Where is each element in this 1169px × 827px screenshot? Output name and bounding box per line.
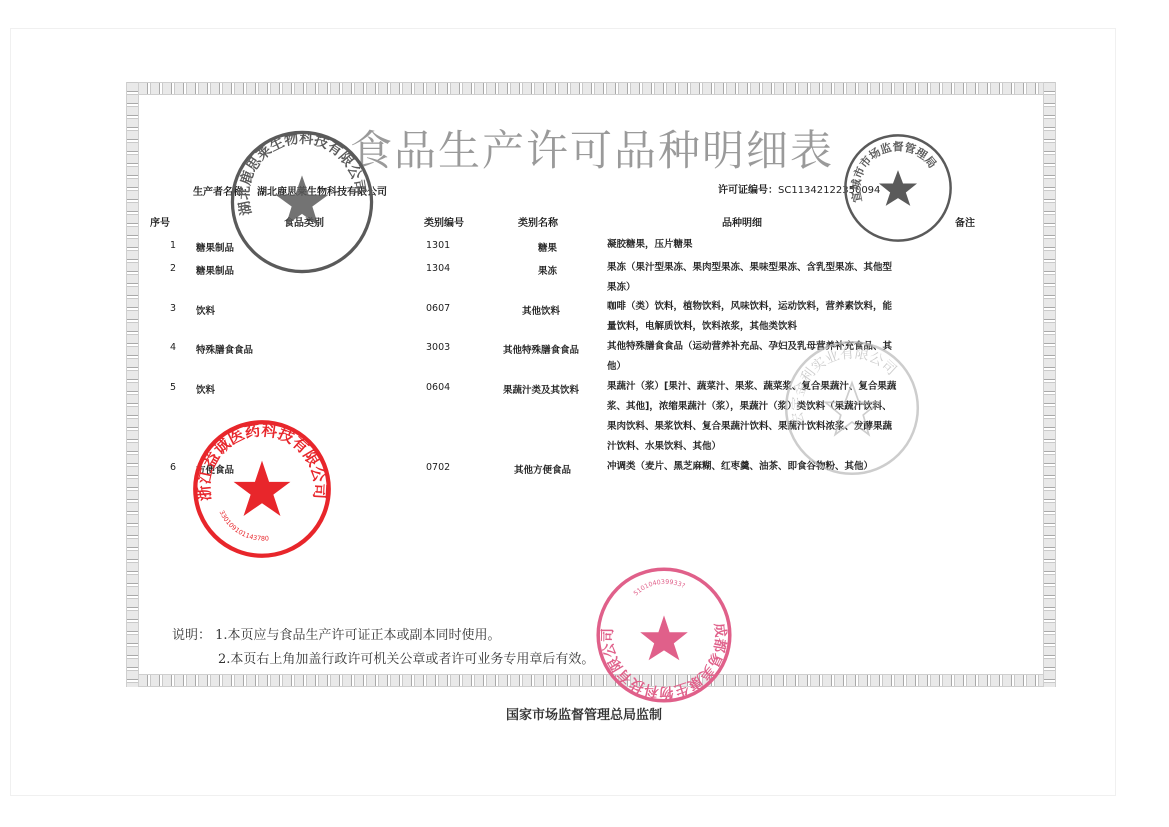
issuer-footer: 国家市场监督管理总局监制 [506, 704, 662, 723]
decorative-border-left [126, 82, 139, 687]
row-code: 0607 [426, 303, 450, 314]
row-name: 果蔬汁类及其饮料 [503, 382, 579, 396]
svg-text:330109101143780: 330109101143780 [218, 509, 270, 543]
row-serial: 2 [170, 263, 176, 274]
star-seal-icon: 宣城市市场监督管理局 [842, 132, 954, 244]
row-name: 其他饮料 [522, 303, 560, 317]
star-seal-icon: 浙江益诚医药科技有限公司 330109101143780 [186, 418, 338, 560]
note-line-1: 说明： 1.本页应与食品生产许可证正本或副本同时使用。 [172, 624, 594, 648]
company-seal-gray: 湖北鹿思莱生物科技有限公司 [228, 128, 376, 276]
row-code: 1304 [426, 263, 450, 274]
svg-text:510104039933?: 510104039933? [633, 579, 686, 598]
row-serial: 3 [170, 303, 176, 314]
row-code: 0604 [426, 382, 450, 393]
star-seal-icon: 宏宇金利实业有限公司 [782, 338, 922, 478]
row-category: 饮料 [196, 382, 215, 396]
header-variety-detail: 品种明细 [722, 214, 762, 229]
row-serial: 1 [170, 240, 176, 251]
row-serial: 5 [170, 382, 176, 393]
row-code: 3003 [426, 342, 450, 353]
star-seal-icon: 成都易美康生物科技有限公司 510104039933? [594, 565, 734, 705]
row-category: 饮料 [196, 303, 215, 317]
row-name: 其他方便食品 [514, 462, 571, 476]
document-title: 食品生产许可品种明细表 [350, 118, 834, 178]
notes-section: 说明： 1.本页应与食品生产许可证正本或副本同时使用。 2.本页右上角加盖行政许… [172, 624, 594, 672]
faint-company-seal: 宏宇金利实业有限公司 [782, 338, 922, 478]
header-category-name: 类别名称 [518, 214, 558, 229]
row-detail: 咖啡（类）饮料，植物饮料，风味饮料，运动饮料，营养素饮料，能量饮料，电解质饮料，… [607, 297, 897, 337]
note-line-2: 2.本页右上角加盖行政许可机关公章或者许可业务专用章后有效。 [172, 648, 594, 672]
regulator-seal: 宣城市市场监督管理局 [842, 132, 954, 244]
row-category: 特殊膳食食品 [196, 342, 253, 356]
decorative-border-bottom [126, 674, 1056, 687]
license-label: 许可证编号： [718, 185, 778, 196]
decorative-border-right [1043, 82, 1056, 687]
red-company-seal: 浙江益诚医药科技有限公司 330109101143780 [186, 418, 338, 560]
row-name: 糖果 [538, 240, 557, 254]
header-remark: 备注 [955, 214, 975, 229]
pink-company-seal: 成都易美康生物科技有限公司 510104039933? [594, 565, 734, 705]
row-code: 1301 [426, 240, 450, 251]
row-code: 0702 [426, 462, 450, 473]
row-serial: 6 [170, 462, 176, 473]
row-name: 其他特殊膳食食品 [503, 342, 579, 356]
row-name: 果冻 [538, 263, 557, 277]
svg-text:宏宇金利实业有限公司: 宏宇金利实业有限公司 [789, 345, 899, 427]
star-seal-icon: 湖北鹿思莱生物科技有限公司 [228, 128, 376, 276]
decorative-border-top [126, 82, 1056, 95]
header-category-code: 类别编号 [424, 214, 464, 229]
row-detail: 果冻（果汁型果冻、果肉型果冻、果味型果冻、含乳型果冻、其他型果冻） [607, 258, 897, 298]
header-serial: 序号 [150, 214, 170, 229]
row-serial: 4 [170, 342, 176, 353]
